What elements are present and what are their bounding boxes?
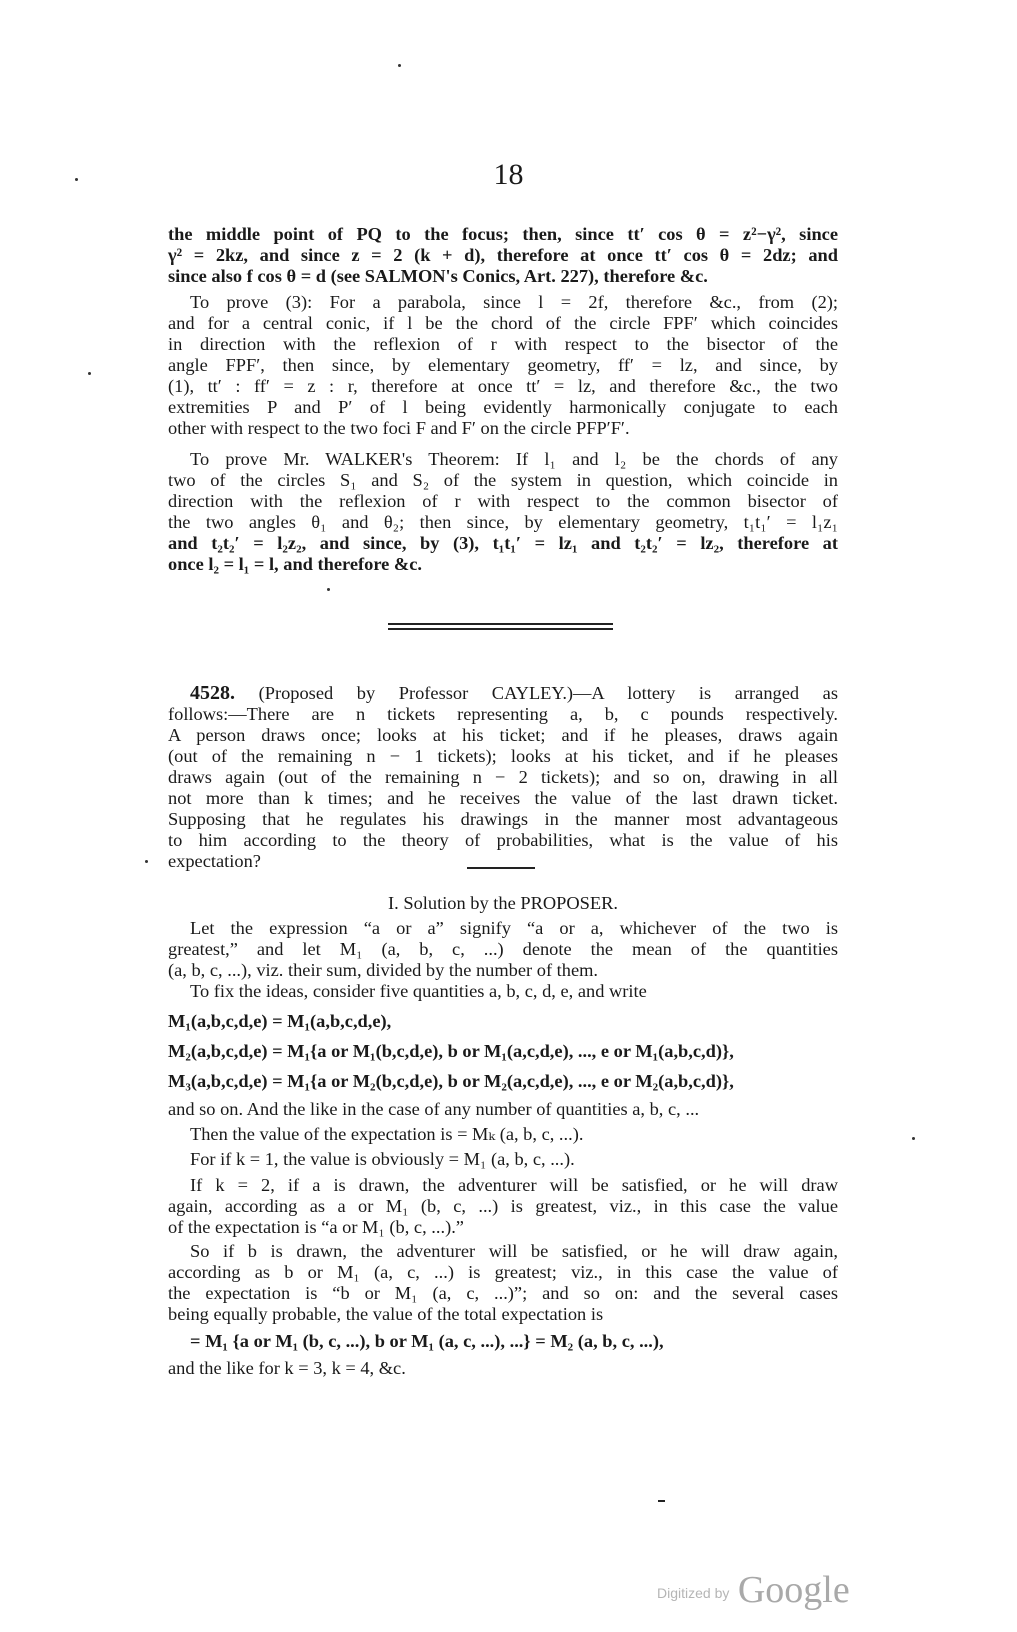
after-line-6: of the expectation is “a or M₁ (b, c, ..…: [168, 1217, 838, 1238]
continued-proof-line-3: since also f cos θ = d (see SALMON's Con…: [168, 266, 838, 287]
scan-speck: [398, 64, 401, 67]
scanned-page: 18 the middle point of PQ to the focus; …: [0, 0, 1017, 1632]
equation-m1: M₁(a,b,c,d,e) = M₁(a,b,c,d,e),: [168, 1011, 838, 1032]
continued-proof-line-1: the middle point of PQ to the focus; the…: [168, 224, 838, 245]
question-line-6: not more than k times; and he receives t…: [168, 788, 838, 809]
solution-line-2: greatest,” and let M₁ (a, b, c, ...) den…: [168, 939, 838, 960]
walker-line-4: the two angles θ₁ and θ₂; then since, by…: [168, 512, 838, 533]
closing-line: and the like for k = 3, k = 4, &c.: [168, 1358, 838, 1379]
question-line-7: Supposing that he regulates his drawings…: [168, 809, 838, 830]
solution-line-3: (a, b, c, ...), viz. their sum, divided …: [168, 960, 838, 981]
question-line-4: (out of the remaining n − 1 tickets); lo…: [168, 746, 838, 767]
after-line-5: again, according as a or M₁ (b, c, ...) …: [168, 1196, 838, 1217]
prove3-line-2: and for a central conic, if l be the cho…: [168, 313, 838, 334]
after-line-2: Then the value of the expectation is = M…: [190, 1124, 838, 1145]
solution-heading: I. Solution by the PROPOSER.: [168, 893, 838, 914]
final-equation: = M₁ {a or M₁ (b, c, ...), b or M₁ (a, c…: [190, 1331, 838, 1352]
short-divider: [467, 867, 535, 869]
after-line-8: according as b or M₁ (a, c, ...) is grea…: [168, 1262, 838, 1283]
walker-line-5: and t₂t₂′ = l₂z₂, and since, by (3), t₁t…: [168, 533, 838, 554]
question-line-5: draws again (out of the remaining n − 2 …: [168, 767, 838, 788]
after-line-1: and so on. And the like in the case of a…: [168, 1099, 838, 1120]
after-line-9: the expectation is “b or M₁ (a, c, ...)”…: [168, 1283, 838, 1304]
scan-speck: [75, 178, 78, 181]
walker-line-1: To prove Mr. WALKER's Theorem: If l₁ and…: [190, 449, 838, 470]
question-text: (Proposed by Professor CAYLEY.)—A lotter…: [259, 683, 838, 703]
watermark-prefix: Digitized by: [657, 1585, 729, 1601]
section-divider-bottom: [388, 628, 613, 630]
prove3-line-7: other with respect to the two foci F and…: [168, 418, 838, 439]
page-number: 18: [0, 158, 1017, 192]
scan-speck: [912, 1137, 915, 1140]
after-line-7: So if b is drawn, the adventurer will be…: [190, 1241, 838, 1262]
question-line-1: 4528. (Proposed by Professor CAYLEY.)—A …: [190, 683, 838, 704]
prove3-line-4: angle FPF′, then since, by elementary ge…: [168, 355, 838, 376]
walker-line-2: two of the circles S₁ and S₂ of the syst…: [168, 470, 838, 491]
question-number: 4528.: [190, 682, 235, 704]
question-line-2: follows:—There are n tickets representin…: [168, 704, 838, 725]
question-line-3: A person draws once; looks at his ticket…: [168, 725, 838, 746]
question-line-8: to him according to the theory of probab…: [168, 830, 838, 851]
solution-line-1: Let the expression “a or a” signify “a o…: [190, 918, 838, 939]
after-line-4: If k = 2, if a is drawn, the adventurer …: [190, 1175, 838, 1196]
scan-speck: [327, 588, 330, 591]
equation-m3: M₃(a,b,c,d,e) = M₁{a or M₂(b,c,d,e), b o…: [168, 1071, 838, 1092]
google-logo: Google: [738, 1569, 850, 1611]
equation-m2: M₂(a,b,c,d,e) = M₁{a or M₁(b,c,d,e), b o…: [168, 1041, 838, 1062]
walker-line-6: once l₂ = l₁ = l, and therefore &c.: [168, 554, 838, 575]
scan-mark: [658, 1500, 665, 1502]
prove3-line-3: in direction with the reflexion of r wit…: [168, 334, 838, 355]
prove3-line-6: extremities P and P′ of l being evidentl…: [168, 397, 838, 418]
solution-line-4: To fix the ideas, consider five quantiti…: [190, 981, 838, 1002]
continued-proof-line-2: γ² = 2kz, and since z = 2 (k + d), there…: [168, 245, 838, 266]
scan-speck: [145, 860, 148, 863]
prove3-line-1: To prove (3): For a parabola, since l = …: [190, 292, 838, 313]
scan-speck: [88, 372, 91, 375]
after-line-10: being equally probable, the value of the…: [168, 1304, 838, 1325]
walker-line-3: direction with the reflexion of r with r…: [168, 491, 838, 512]
prove3-line-5: (1), tt′ : ff′ = z : r, therefore at onc…: [168, 376, 838, 397]
section-divider-top: [388, 623, 613, 625]
digitized-by-google-watermark: Digitized by Google: [657, 1568, 850, 1612]
after-line-3: For if k = 1, the value is obviously = M…: [190, 1149, 838, 1170]
